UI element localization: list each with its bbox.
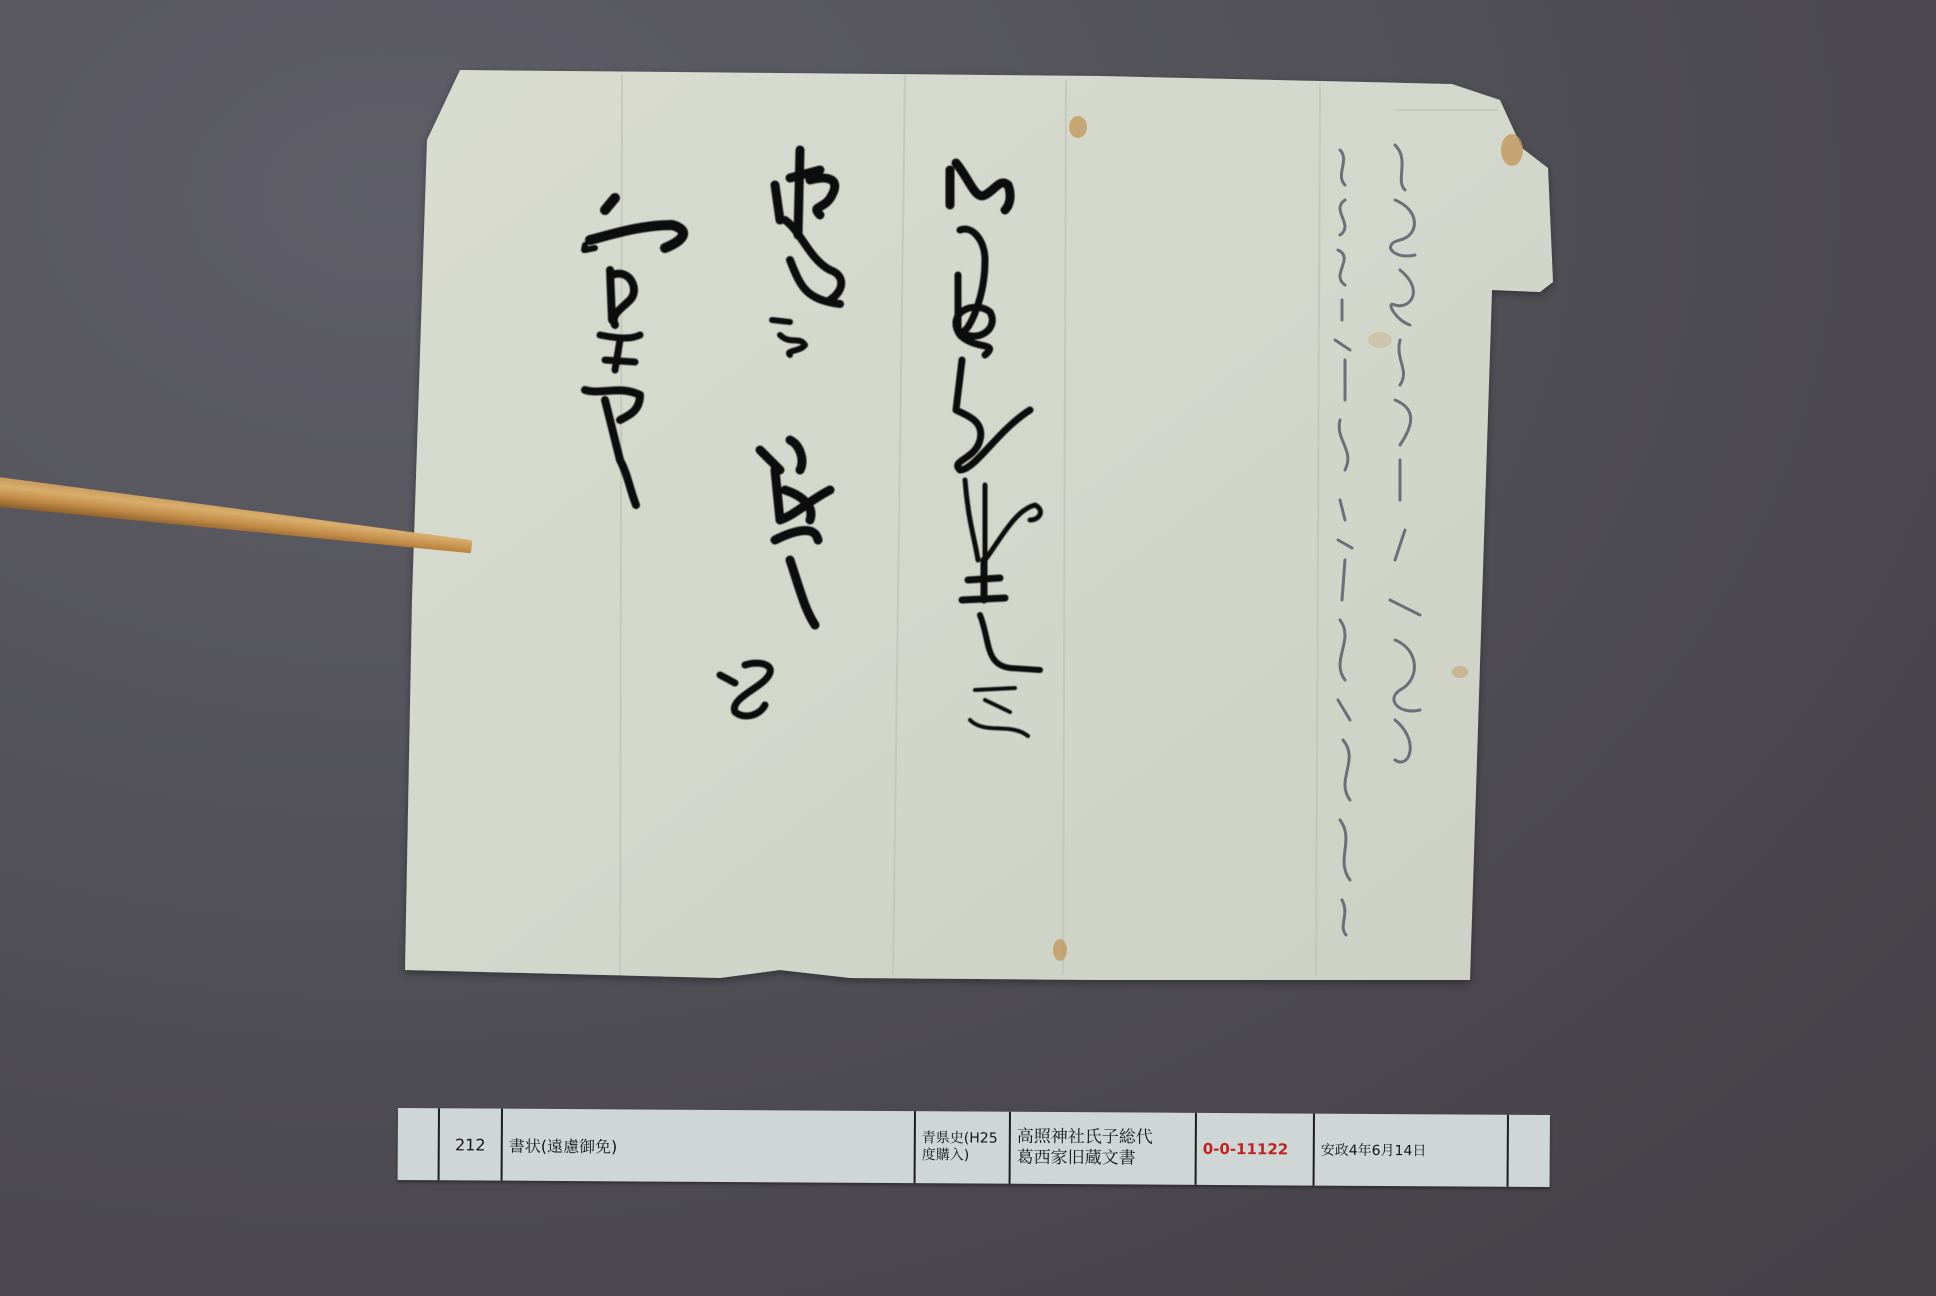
document-title: 書状(遠慮御免) (509, 1133, 618, 1157)
item-number: 212 (455, 1135, 486, 1154)
catalog-label-strip: 212 書状(遠慮御免) 青県史(H25 度購入) 高照神社氏子総代 葛西家旧蔵… (398, 1108, 1550, 1187)
label-cell-source: 青県史(H25 度購入) (916, 1111, 1011, 1184)
label-cell-item-number: 212 (440, 1108, 503, 1180)
label-cell-blank-left (398, 1108, 440, 1180)
letter-paper (0, 0, 1936, 1296)
paper-sheet (405, 70, 1553, 980)
label-cell-collection: 高照神社氏子総代 葛西家旧蔵文書 (1011, 1112, 1197, 1185)
source-line-2: 度購入) (922, 1147, 970, 1164)
label-cell-catalog-number: 0-0-11122 (1197, 1113, 1315, 1186)
collection-line-1: 高照神社氏子総代 (1017, 1127, 1153, 1149)
document-photograph (0, 0, 1936, 1296)
label-cell-title: 書状(遠慮御免) (503, 1109, 916, 1184)
source-line-1: 青県史(H25 (922, 1130, 998, 1147)
collection-line-2: 葛西家旧蔵文書 (1017, 1148, 1136, 1170)
label-cell-blank-right (1509, 1115, 1550, 1187)
label-cell-date: 安政4年6月14日 (1315, 1114, 1509, 1187)
document-date: 安政4年6月14日 (1321, 1140, 1427, 1161)
catalog-number: 0-0-11122 (1203, 1140, 1289, 1159)
